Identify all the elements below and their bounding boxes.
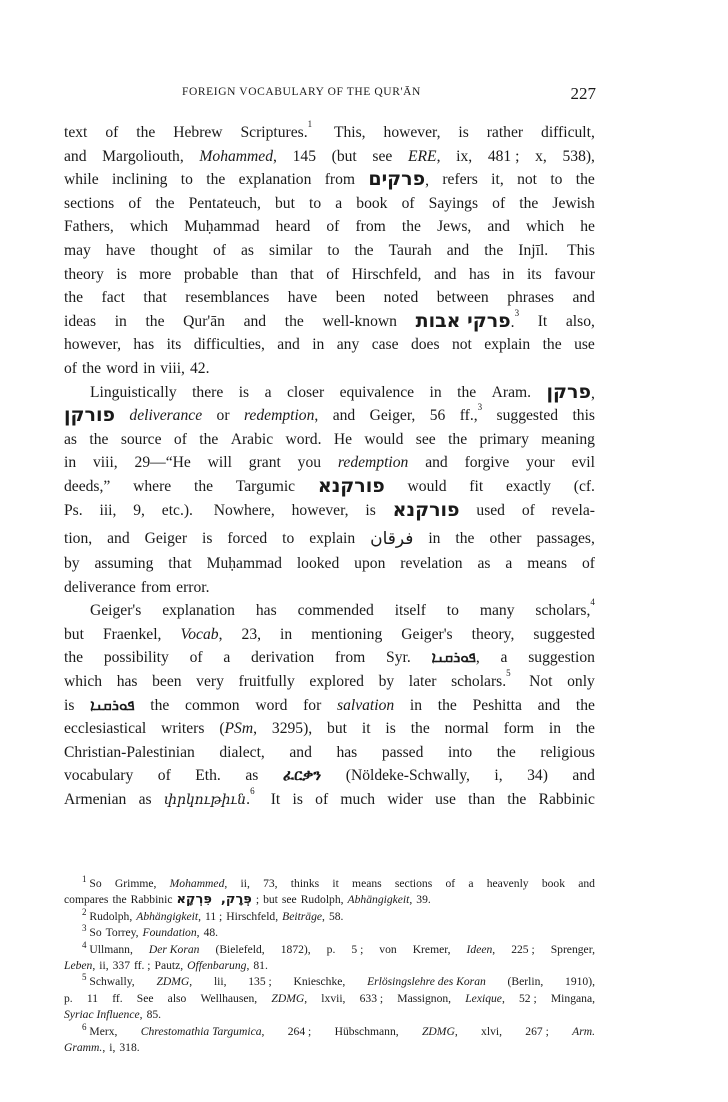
targumic-purqana-2: פורקנא — [393, 499, 460, 521]
footnote-4-cont: Leben,ii,337ff. ;Pautz,Offenbarung,81. — [64, 958, 595, 974]
syriac-purqana-2: ܦܘܪܩܢܐ — [90, 696, 134, 714]
text-line: andMargoliouth,Mohammed,145(butseeERE,ix… — [64, 145, 595, 169]
text-line: whileincliningtotheexplanationfromפרקים,… — [64, 168, 595, 192]
text-line: deeds,”wheretheTargumicפורקנאwouldfitexa… — [64, 475, 595, 499]
footnote-6-cont: Gramm.,i,318. — [64, 1040, 595, 1056]
text-line: ofthewordinviii,42. — [64, 357, 595, 381]
syriac-purqana: ܦܘܪܩܢܐ — [431, 648, 475, 666]
running-title: Foreign Vocabulary of the Qur'ān — [182, 86, 421, 98]
text-line: tion,andGeigerisforcedtoexplainفرقانinth… — [64, 522, 595, 552]
armenian-prkutiun: փրկութիւն — [164, 792, 246, 808]
text-line: mayhavethoughtofassimilartotheTaurahandt… — [64, 239, 595, 263]
text-line: isܦܘܪܩܢܐthecommonwordforsalvationinthePe… — [64, 694, 595, 718]
text-line: Geiger'sexplanationhascommendeditselftom… — [64, 599, 595, 623]
text-line: sectionsofthePentateuch,buttoabookofSayi… — [64, 192, 595, 216]
footnote-5-cont-2: Syriac Influence,85. — [64, 1007, 595, 1023]
main-text: textoftheHebrewScriptures.1 This,however… — [64, 121, 595, 812]
text-line: Ps.iii,9,etc.). Nowhere,however,isפורקנא… — [64, 499, 595, 523]
text-line: ideasintheQur'ānandthewell-knownפרקי אבו… — [64, 310, 595, 334]
aramaic-purqan-2: פורקן — [64, 404, 115, 426]
text-line: asthesourceoftheArabicword.Hewouldseethe… — [64, 428, 595, 452]
text-line: פורקןdeliveranceorredemption,andGeiger,5… — [64, 404, 595, 428]
text-line: however,hasitsdifficulties,andinanycased… — [64, 333, 595, 357]
footnote-5-cont: p.11ff.SeealsoWellhausen,ZDMG,lxvii,633 … — [64, 991, 595, 1007]
footnote-1-cont: comparestheRabbinicפְּרָק, פִּרְקָא;buts… — [64, 892, 595, 908]
text-line: textoftheHebrewScriptures.1 This,however… — [64, 121, 595, 145]
text-line: byassumingthatMuḥammadlookeduponrevelati… — [64, 552, 595, 576]
text-line: inviii,29—“Hewillgrantyouredemptionandfo… — [64, 451, 595, 475]
hebrew-pirqe-abot: פרקי אבות — [416, 310, 511, 332]
footnote-3: 3 SoTorrey,Foundation,48. — [64, 925, 595, 941]
text-line: thefactthatresemblanceshavebeennotedbetw… — [64, 286, 595, 310]
text-line: Linguisticallythereisacloserequivalencei… — [64, 381, 595, 405]
footnote-6: 6 Merx,Chrestomathia Targumica,264 ;Hübs… — [64, 1024, 595, 1040]
page-number: 227 — [571, 84, 597, 104]
text-line: vocabularyofEth.asፈርቃን(Nöldeke-Schwally,… — [64, 764, 595, 788]
footnote-1: 1 SoGrimme,Mohammed,ii,73,thinksitmeanss… — [64, 876, 595, 892]
footnote-5: 5 Schwally,ZDMG,lii,135 ;Knieschke,Erlös… — [64, 974, 595, 990]
text-line: Fathers,whichMuḥammadheardoffromtheJews,… — [64, 215, 595, 239]
footnotes: 1 SoGrimme,Mohammed,ii,73,thinksitmeanss… — [64, 876, 595, 1056]
footnote-2: 2 Rudolph,Abhängigkeit,11 ;Hirschfeld,Be… — [64, 909, 595, 925]
arabic-furqan: فرقان — [370, 529, 413, 549]
text-line: butFraenkel,Vocab,23,inmentioningGeiger'… — [64, 623, 595, 647]
aramaic-purqan: פרקן — [547, 381, 591, 403]
book-page: Foreign Vocabulary of the Qur'ān 227 tex… — [0, 0, 728, 1102]
text-line: thepossibilityofaderivationfromSyr.ܦܘܪܩܢ… — [64, 646, 595, 670]
ethiopic-furqan: ፈርቃን — [283, 766, 321, 784]
text-line: Christian-Palestiniandialect,andhaspasse… — [64, 741, 595, 765]
targumic-purqana: פורקנא — [318, 475, 385, 497]
footnote-4: 4 Ullmann,Der Koran(Bielefeld,1872),p.5 … — [64, 942, 595, 958]
text-line: ecclesiasticalwriters(PSm,3295),butitist… — [64, 717, 595, 741]
text-line: Armenianasփրկութիւն.6 Itisofmuchwideruse… — [64, 788, 595, 812]
hebrew-perakim: פרקים — [368, 168, 425, 190]
text-line: whichhasbeenveryfruitfullyexploredbylate… — [64, 670, 595, 694]
text-line: theoryismoreprobablethanthatofHirschfeld… — [64, 263, 595, 287]
text-line: deliverancefromerror. — [64, 576, 595, 600]
running-head: Foreign Vocabulary of the Qur'ān 227 — [64, 86, 596, 106]
